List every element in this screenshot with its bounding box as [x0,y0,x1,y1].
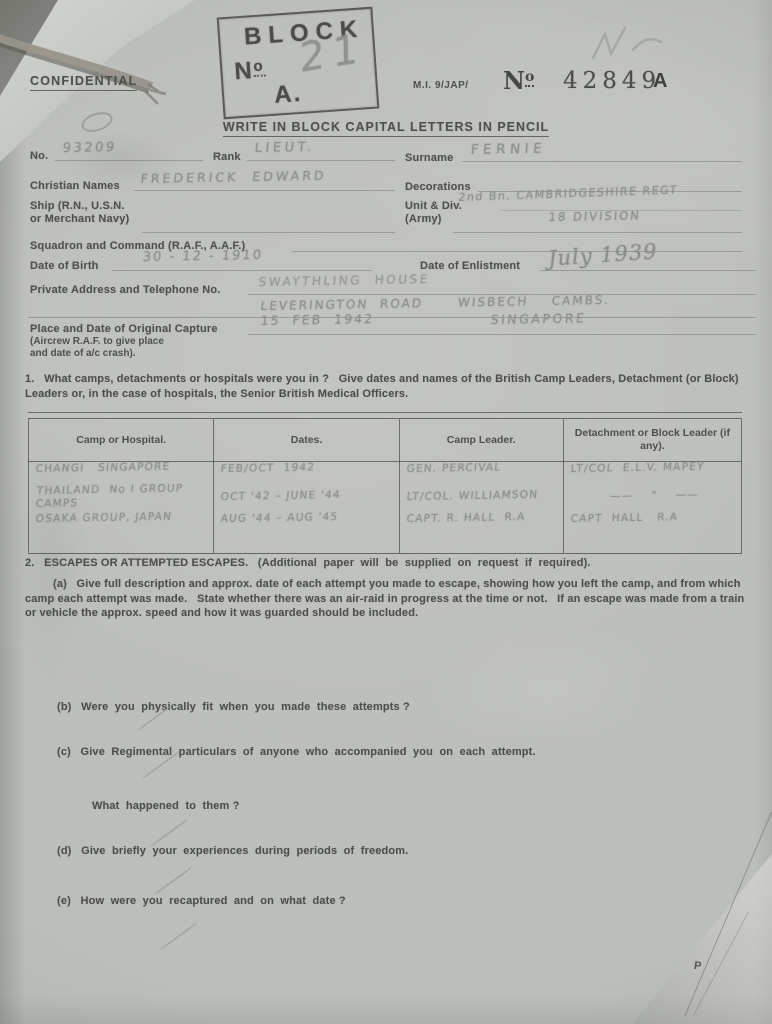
pencil-slash [154,867,192,896]
leader-value: LT/COL. WILLIAMSON [406,482,561,504]
confidential-marking: CONFIDENTIAL [30,74,137,91]
field-no-label: No. [30,150,48,162]
scanned-pow-questionnaire: CONFIDENTIAL BLOCK No A. 21 M.I. 9/JAP/ … [0,0,772,1024]
camp-value: CHANGI SINGAPORE [35,460,211,476]
camps-table: Camp or Hospital. Dates. Camp Leader. De… [28,418,742,554]
col-header-dates: Dates. [214,419,399,462]
detachment-value: CAPT HALL R.A [570,510,739,526]
leader-value: GEN. PERCIVAL [406,460,560,476]
col-header-leader: Camp Leader. [399,419,563,462]
dates-value: AUG '44 – AUG '45 [220,509,396,525]
field-ship-label: Ship (R.N., U.S.N. [30,200,125,212]
section-2-item-e: (e) How were you recaptured and on what … [57,894,747,909]
field-dob-label: Date of Birth [30,260,99,272]
field-no-value: 93209 [62,140,117,156]
instruction-heading: WRITE IN BLOCK CAPITAL LETTERS IN PENCIL [223,120,549,137]
field-capture-sublabel1: (Aircrew R.A.F. to give place [30,336,164,347]
camps-table-row: THAILAND No I GROUP CAMPS OCT '42 – JUNE… [29,484,742,512]
leader-value: CAPT. R. HALL R.A [406,510,560,526]
col-header-detachment: Detachment or Block Leader (if any). [563,419,741,462]
ref-no-label: No [503,66,534,95]
section-2-item-a: (a) Give full description and approx. da… [25,577,751,621]
field-capture-place-value: SINGAPORE [490,310,587,327]
field-rank-label: Rank [213,151,241,163]
field-unit-label2: (Army) [405,213,442,225]
field-enlistment-label: Date of Enlistment [420,260,520,272]
field-enlistment-value: July 1939 [547,239,658,271]
field-unit-label: Unit & Div. [405,200,462,212]
field-address-label: Private Address and Telephone No. [30,284,221,296]
pencil-slash [160,922,198,951]
detachment-value: LT/COL E.L.V. MAPEY [570,460,739,476]
section-2-heading: 2. ESCAPES OR ATTEMPTED ESCAPES. (Additi… [25,556,751,571]
paper-stain [420,620,680,760]
field-surname-value: FERNIE [470,141,547,158]
detachment-ditto-mark: —— " —— [570,482,739,504]
field-christian-names-label: Christian Names [30,180,120,192]
field-surname-label: Surname [405,152,453,164]
ref-number: 42849 [563,68,661,94]
camp-value: THAILAND No I GROUP CAMPS [35,481,212,510]
camp-value: OSAKA GROUP, JAPAN [35,509,211,525]
question-1: 1. What camps, detachments or hospitals … [25,372,747,401]
field-capture-date-value: 15 FEB 1942 [260,311,375,328]
field-dob-value: 30 - 12 - 1910 [142,248,264,265]
col-header-camp: Camp or Hospital. [29,419,214,462]
field-capture-sublabel2: and date of a/c crash). [30,348,136,359]
field-ship-label2: or Merchant Navy) [30,213,129,225]
field-christian-names-value: FREDERICK EDWARD [140,168,327,186]
section-2-item-d: (d) Give briefly your experiences during… [57,844,747,859]
section-2-item-c2: What happened to them ? [92,799,742,814]
stamp-a-label: A. [273,80,303,110]
dates-value: FEB/OCT 1942 [220,460,396,476]
dates-value: OCT '42 – JUNE '44 [220,481,396,503]
field-unit-value-line1: 2nd Bn. CAMBRIDGESHIRE REGT [458,183,678,204]
field-address-value-line1: SWAYTHLING HOUSE [258,272,430,289]
camps-table-empty-row [29,536,742,554]
field-rank-value: LIEUT. [254,140,316,156]
camps-table-row: OSAKA GROUP, JAPAN AUG '44 – AUG '45 CAP… [29,512,742,536]
ref-prefix: M.I. 9/JAP/ [413,80,469,91]
stamp-no-label: No [234,56,266,86]
section-2-item-c: (c) Give Regimental particulars of anyon… [57,745,747,760]
pencil-scribble [585,20,675,70]
field-capture-label: Place and Date of Original Capture [30,323,218,335]
camps-table-row: CHANGI SINGAPORE FEB/OCT 1942 GEN. PERCI… [29,462,742,484]
ref-series-letter: A [653,70,667,93]
camps-table-header-row: Camp or Hospital. Dates. Camp Leader. De… [29,419,742,462]
corner-fold-shading [622,854,772,1024]
